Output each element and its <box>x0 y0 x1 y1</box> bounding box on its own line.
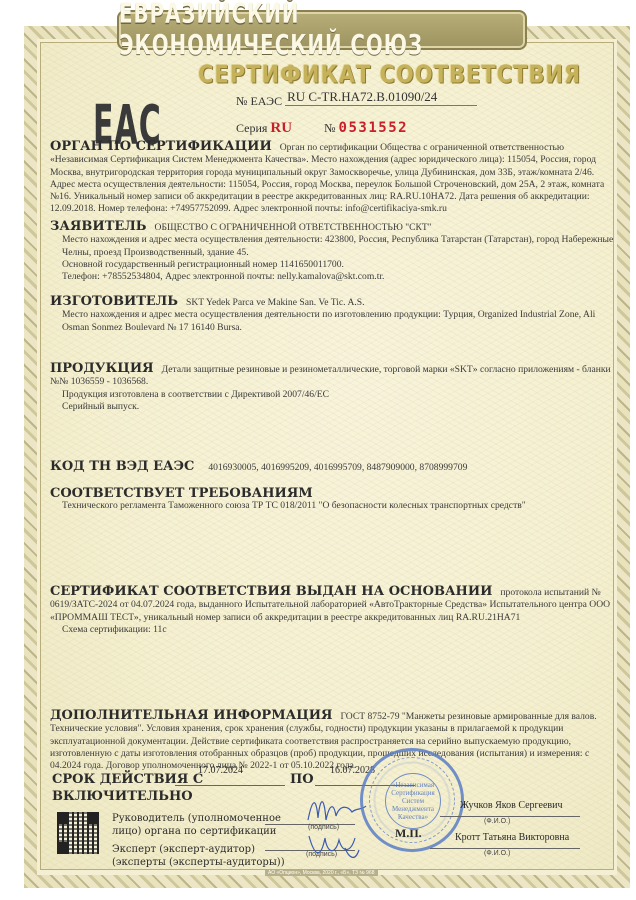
basis-heading: СЕРТИФИКАТ СООТВЕТСТВИЯ ВЫДАН НА ОСНОВАН… <box>50 584 492 599</box>
union-banner: ЕВРАЗИЙСКИЙ ЭКОНОМИЧЕСКИЙ СОЮЗ <box>117 10 527 50</box>
expert-label-line2: (эксперты (эксперты-аудиторы)) <box>112 856 285 869</box>
head-label: Руководитель (уполномоченное лицо) орган… <box>112 812 281 838</box>
product-heading: ПРОДУКЦИЯ <box>50 361 154 376</box>
applicant-address: Место нахождения и адрес места осуществл… <box>62 234 616 259</box>
expert-signature-icon <box>305 828 365 868</box>
series-value: RU <box>270 120 292 136</box>
section-requirements: СООТВЕТСТВУЕТ ТРЕБОВАНИЯМ Технического р… <box>50 488 616 513</box>
head-label-line1: Руководитель (уполномоченное <box>112 812 281 825</box>
printer-imprint: АО «Опцион», Москва, 2020 г., «Б», ТЗ № … <box>265 870 378 876</box>
series-label: Серия <box>236 121 267 135</box>
expert-name: Кротт Татьяна Викторовна <box>455 832 569 843</box>
registration-number: № ЕАЭС RU C-TR.HA72.B.01090/24 <box>236 93 477 109</box>
basis-scheme: Схема сертификации: 11с <box>50 624 616 636</box>
applicant-name: ОБЩЕСТВО С ОГРАНИЧЕННОЙ ОТВЕТСТВЕННОСТЬЮ… <box>155 222 432 233</box>
product-directive: Продукция изготовлена в соответствии с Д… <box>62 389 616 401</box>
section-tn-ved: КОД ТН ВЭД ЕАЭС4016930005, 4016995209, 4… <box>50 461 616 474</box>
section-applicant: ЗАЯВИТЕЛЬОБЩЕСТВО С ОГРАНИЧЕННОЙ ОТВЕТСТ… <box>50 221 616 283</box>
date-from-underline <box>175 785 285 786</box>
requirements-heading: СООТВЕТСТВУЕТ ТРЕБОВАНИЯМ <box>50 488 608 500</box>
series-line: Серия RU № 0531552 <box>236 120 408 137</box>
additional-heading: ДОПОЛНИТЕЛЬНАЯ ИНФОРМАЦИЯ <box>50 708 333 723</box>
expert-label: Эксперт (эксперт-аудитор) (эксперты (экс… <box>112 843 285 869</box>
requirements-text: Технического регламента Таможенного союз… <box>50 500 616 512</box>
section-additional: ДОПОЛНИТЕЛЬНАЯ ИНФОРМАЦИЯГОСТ 8752-79 "М… <box>50 710 616 772</box>
stamp-center-text: «Независимая Сертификация Систем Менеджм… <box>385 773 441 829</box>
head-name-line <box>440 816 580 817</box>
product-series: Серийный выпуск. <box>62 401 616 413</box>
document-title: СЕРТИФИКАТ СООТВЕТСТВИЯ <box>198 60 581 89</box>
union-title: ЕВРАЗИЙСКИЙ ЭКОНОМИЧЕСКИЙ СОЮЗ <box>119 0 525 61</box>
section-manufacturer: ИЗГОТОВИТЕЛЬSKT Yedek Parca ve Makine Sa… <box>50 296 616 334</box>
applicant-heading: ЗАЯВИТЕЛЬ <box>50 219 147 234</box>
tn-ved-codes: 4016930005, 4016995209, 4016995709, 8487… <box>208 462 467 473</box>
blank-no-label: № <box>324 121 335 135</box>
cert-body-heading: ОРГАН ПО СЕРТИФИКАЦИИ <box>50 139 272 154</box>
blank-number: 0531552 <box>339 120 409 136</box>
validity-to-label: ПО <box>290 772 314 787</box>
head-label-line2: лицо) органа по сертификации <box>112 825 281 838</box>
section-product: ПРОДУКЦИЯДетали защитные резиновые и рез… <box>50 363 616 413</box>
expert-name-line <box>430 848 580 849</box>
applicant-contacts: Телефон: +78552534804, Адрес электронной… <box>62 271 616 283</box>
reg-value: RU C-TR.HA72.B.01090/24 <box>285 89 477 106</box>
manufacturer-name: SKT Yedek Parca ve Makine San. Ve Tic. A… <box>186 297 364 308</box>
validity-inclusive-label: ВКЛЮЧИТЕЛЬНО <box>52 789 193 804</box>
head-name: Жучков Яков Сергеевич <box>460 800 563 811</box>
reg-label: № ЕАЭС <box>236 94 282 108</box>
date-from: 17.07.2024 <box>198 765 243 776</box>
section-cert-body: ОРГАН ПО СЕРТИФИКАЦИИОрган по сертификац… <box>50 141 616 216</box>
applicant-ogrn: Основной государственный регистрационный… <box>62 259 616 271</box>
expert-fio-caption: (Ф.И.О.) <box>484 850 510 857</box>
qr-code[interactable] <box>57 812 99 854</box>
expert-label-line1: Эксперт (эксперт-аудитор) <box>112 843 285 856</box>
section-basis: СЕРТИФИКАТ СООТВЕТСТВИЯ ВЫДАН НА ОСНОВАН… <box>50 586 616 636</box>
manufacturer-address: Место нахождения и адрес места осуществл… <box>62 309 616 334</box>
manufacturer-heading: ИЗГОТОВИТЕЛЬ <box>50 294 178 309</box>
head-fio-caption: (Ф.И.О.) <box>484 818 510 825</box>
seal-label: М.П. <box>395 826 422 841</box>
tn-ved-heading: КОД ТН ВЭД ЕАЭС <box>50 459 194 474</box>
